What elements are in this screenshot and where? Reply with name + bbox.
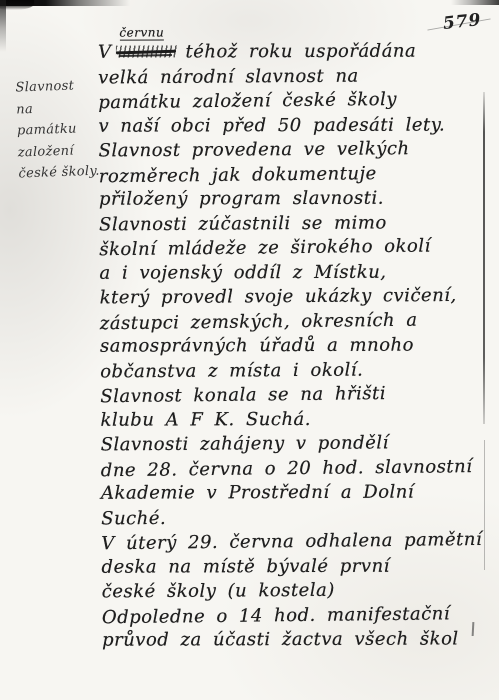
text-line: Slavnost provedena ve velkých: [99, 137, 497, 164]
text-line: Slavnost konala se na hřišti: [100, 381, 498, 410]
margin-note-line: založení: [17, 139, 104, 163]
scan-edge-artifact-top-right: [451, 0, 499, 5]
text-line: V úterý 29. června odhalena pamětní: [101, 528, 499, 557]
scanned-chronicle-page: 579 Slavnost na památku založení české š…: [0, 0, 499, 700]
text-line: rozměrech jak dokumentuje: [99, 160, 497, 189]
text-line: Akademie v Prostřední a Dolní: [101, 480, 499, 506]
margin-note-line: na: [16, 96, 103, 120]
text-line: v naší obci před 50 padesáti lety.: [98, 113, 496, 139]
text-line: Odpoledne o 14 hod. manifestační: [102, 601, 499, 630]
handwritten-body-text: Včervnutéhož roku uspořádána velká národ…: [98, 39, 499, 654]
text-line: zástupci zemských, okresních a: [100, 307, 498, 336]
text-line-with-correction: Včervnutéhož roku uspořádána: [98, 39, 496, 65]
scan-corner-blob: [0, 0, 34, 10]
page-number: 579: [442, 10, 482, 34]
text-line: Slavnosti zúčastnili se mimo: [99, 210, 497, 237]
line-rest: téhož roku uspořádána: [185, 41, 416, 63]
margin-note-line: památku: [17, 118, 104, 142]
correction-wrap: červnu: [115, 40, 177, 65]
text-line: přiložený program slavnosti.: [99, 186, 497, 212]
text-line: Suché.: [101, 504, 499, 531]
text-line: památku založení české školy: [98, 87, 496, 116]
text-line: školní mládeže ze širokého okolí: [99, 234, 497, 263]
margin-note: Slavnost na památku založení české školy…: [15, 75, 105, 185]
line-prefix: V: [98, 42, 112, 63]
margin-note-line: Slavnost: [15, 75, 102, 99]
scan-edge-smear-left: [0, 0, 6, 52]
text-line: dne 28. června o 20 hod. slavnostní: [101, 454, 499, 483]
text-line: který provedl svoje ukázky cvičení,: [100, 284, 498, 311]
text-line: české školy (u kostela): [102, 578, 499, 605]
text-line: deska na místě bývalé první: [101, 554, 499, 580]
scan-edge-artifact-top-left: [0, 0, 130, 6]
text-line: a i vojenský oddíl z Místku,: [99, 260, 497, 286]
struck-out-word: [115, 45, 177, 57]
text-line: občanstva z místa i okolí.: [100, 357, 498, 384]
text-line: Slavnosti zahájeny v pondělí: [101, 431, 499, 458]
text-line: velká národní slavnost na: [98, 63, 496, 90]
inserted-word-above-line: červnu: [119, 26, 164, 40]
text-line: průvod za účasti žactva všech škol: [102, 627, 499, 653]
text-line: klubu A F K. Suchá.: [100, 407, 498, 433]
margin-note-line: české školy.: [18, 160, 105, 184]
text-line: samosprávných úřadů a mnoho: [100, 333, 498, 359]
